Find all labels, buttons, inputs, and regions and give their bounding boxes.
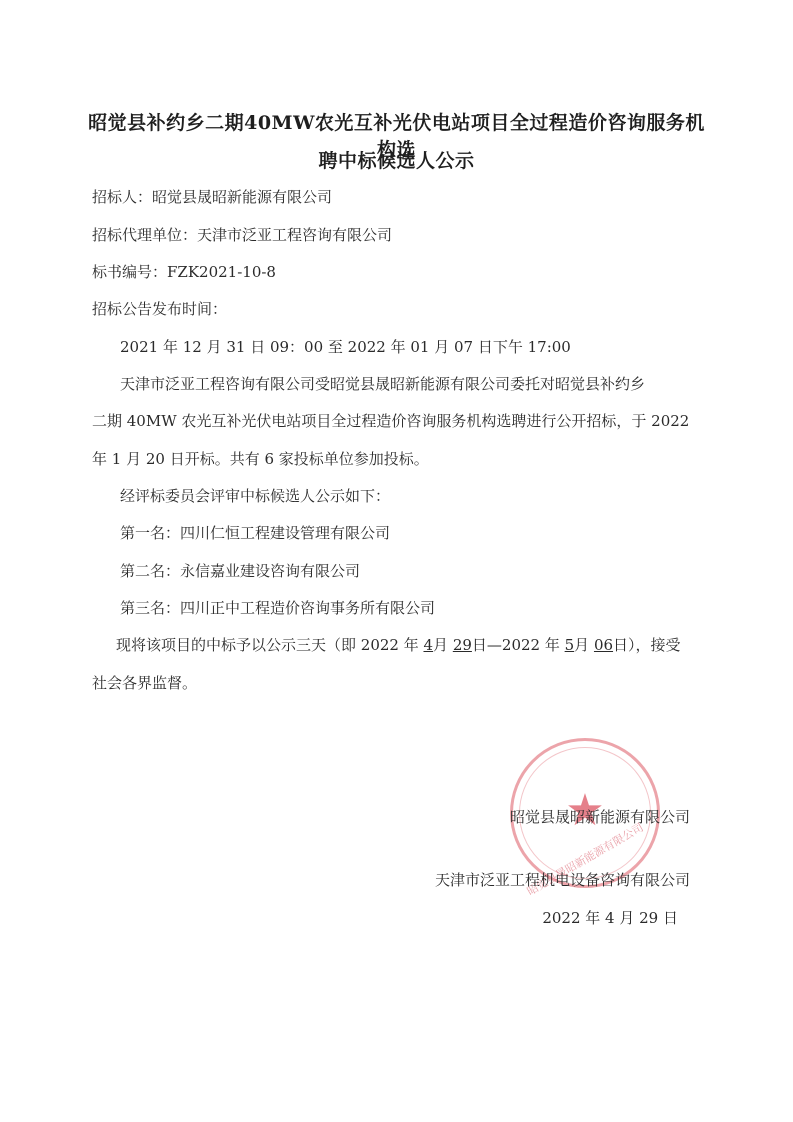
signature-org-1: 昭觉县晟昭新能源有限公司 xyxy=(510,806,690,827)
para3-mid3: 月 xyxy=(574,636,594,654)
para3-day2: 06 xyxy=(594,636,613,654)
document-page: 昭觉县补约乡二期40MW农光互补光伏电站项目全过程造价咨询服务机构选 聘中标候选… xyxy=(0,0,793,1122)
paragraph-2: 经评标委员会评审中标候选人公示如下： xyxy=(120,485,390,506)
para3-mid2: 日—2022 年 xyxy=(472,636,565,654)
para3-month2: 5 xyxy=(565,636,575,654)
para3-day1: 29 xyxy=(453,636,472,654)
paragraph-1-line-3: 年 1 月 20 日开标。共有 6 家投标单位参加投标。 xyxy=(92,448,429,469)
signature-date: 2022 年 4 月 29 日 xyxy=(542,907,678,928)
paragraph-3-line-1: 现将该项目的中标予以公示三天（即 2022 年 4月 29日—2022 年 5月… xyxy=(116,634,681,655)
candidate-2: 第二名：永信嘉业建设咨询有限公司 xyxy=(120,560,360,581)
publish-time-label: 招标公告发布时间： xyxy=(92,298,227,319)
tenderer-line: 招标人：昭觉县晟昭新能源有限公司 xyxy=(92,186,332,207)
paragraph-1-line-2: 二期 40MW 农光互补光伏电站项目全过程造价咨询服务机构选聘进行公开招标，于 … xyxy=(92,410,689,431)
para3-prefix: 现将该项目的中标予以公示三天（即 2022 年 xyxy=(116,636,423,654)
candidate-3: 第三名：四川正中工程造价咨询事务所有限公司 xyxy=(120,597,435,618)
paragraph-3-line-2: 社会各界监督。 xyxy=(92,672,197,693)
bid-number-line: 标书编号：FZK2021-10-8 xyxy=(92,261,276,282)
para3-suffix: 日），接受 xyxy=(613,636,681,654)
document-title-line2: 聘中标候选人公示 xyxy=(88,146,705,173)
agency-line: 招标代理单位：天津市泛亚工程咨询有限公司 xyxy=(92,224,392,245)
signature-org-2: 天津市泛亚工程机电设备咨询有限公司 xyxy=(435,869,690,890)
para3-month1: 4 xyxy=(423,636,433,654)
paragraph-1-line-1: 天津市泛亚工程咨询有限公司受昭觉县晟昭新能源有限公司委托对昭觉县补约乡 xyxy=(120,373,645,394)
publish-time-value: 2021 年 12 月 31 日 09：00 至 2022 年 01 月 07 … xyxy=(120,336,571,357)
para3-mid1: 月 xyxy=(433,636,453,654)
candidate-1: 第一名：四川仁恒工程建设管理有限公司 xyxy=(120,522,390,543)
